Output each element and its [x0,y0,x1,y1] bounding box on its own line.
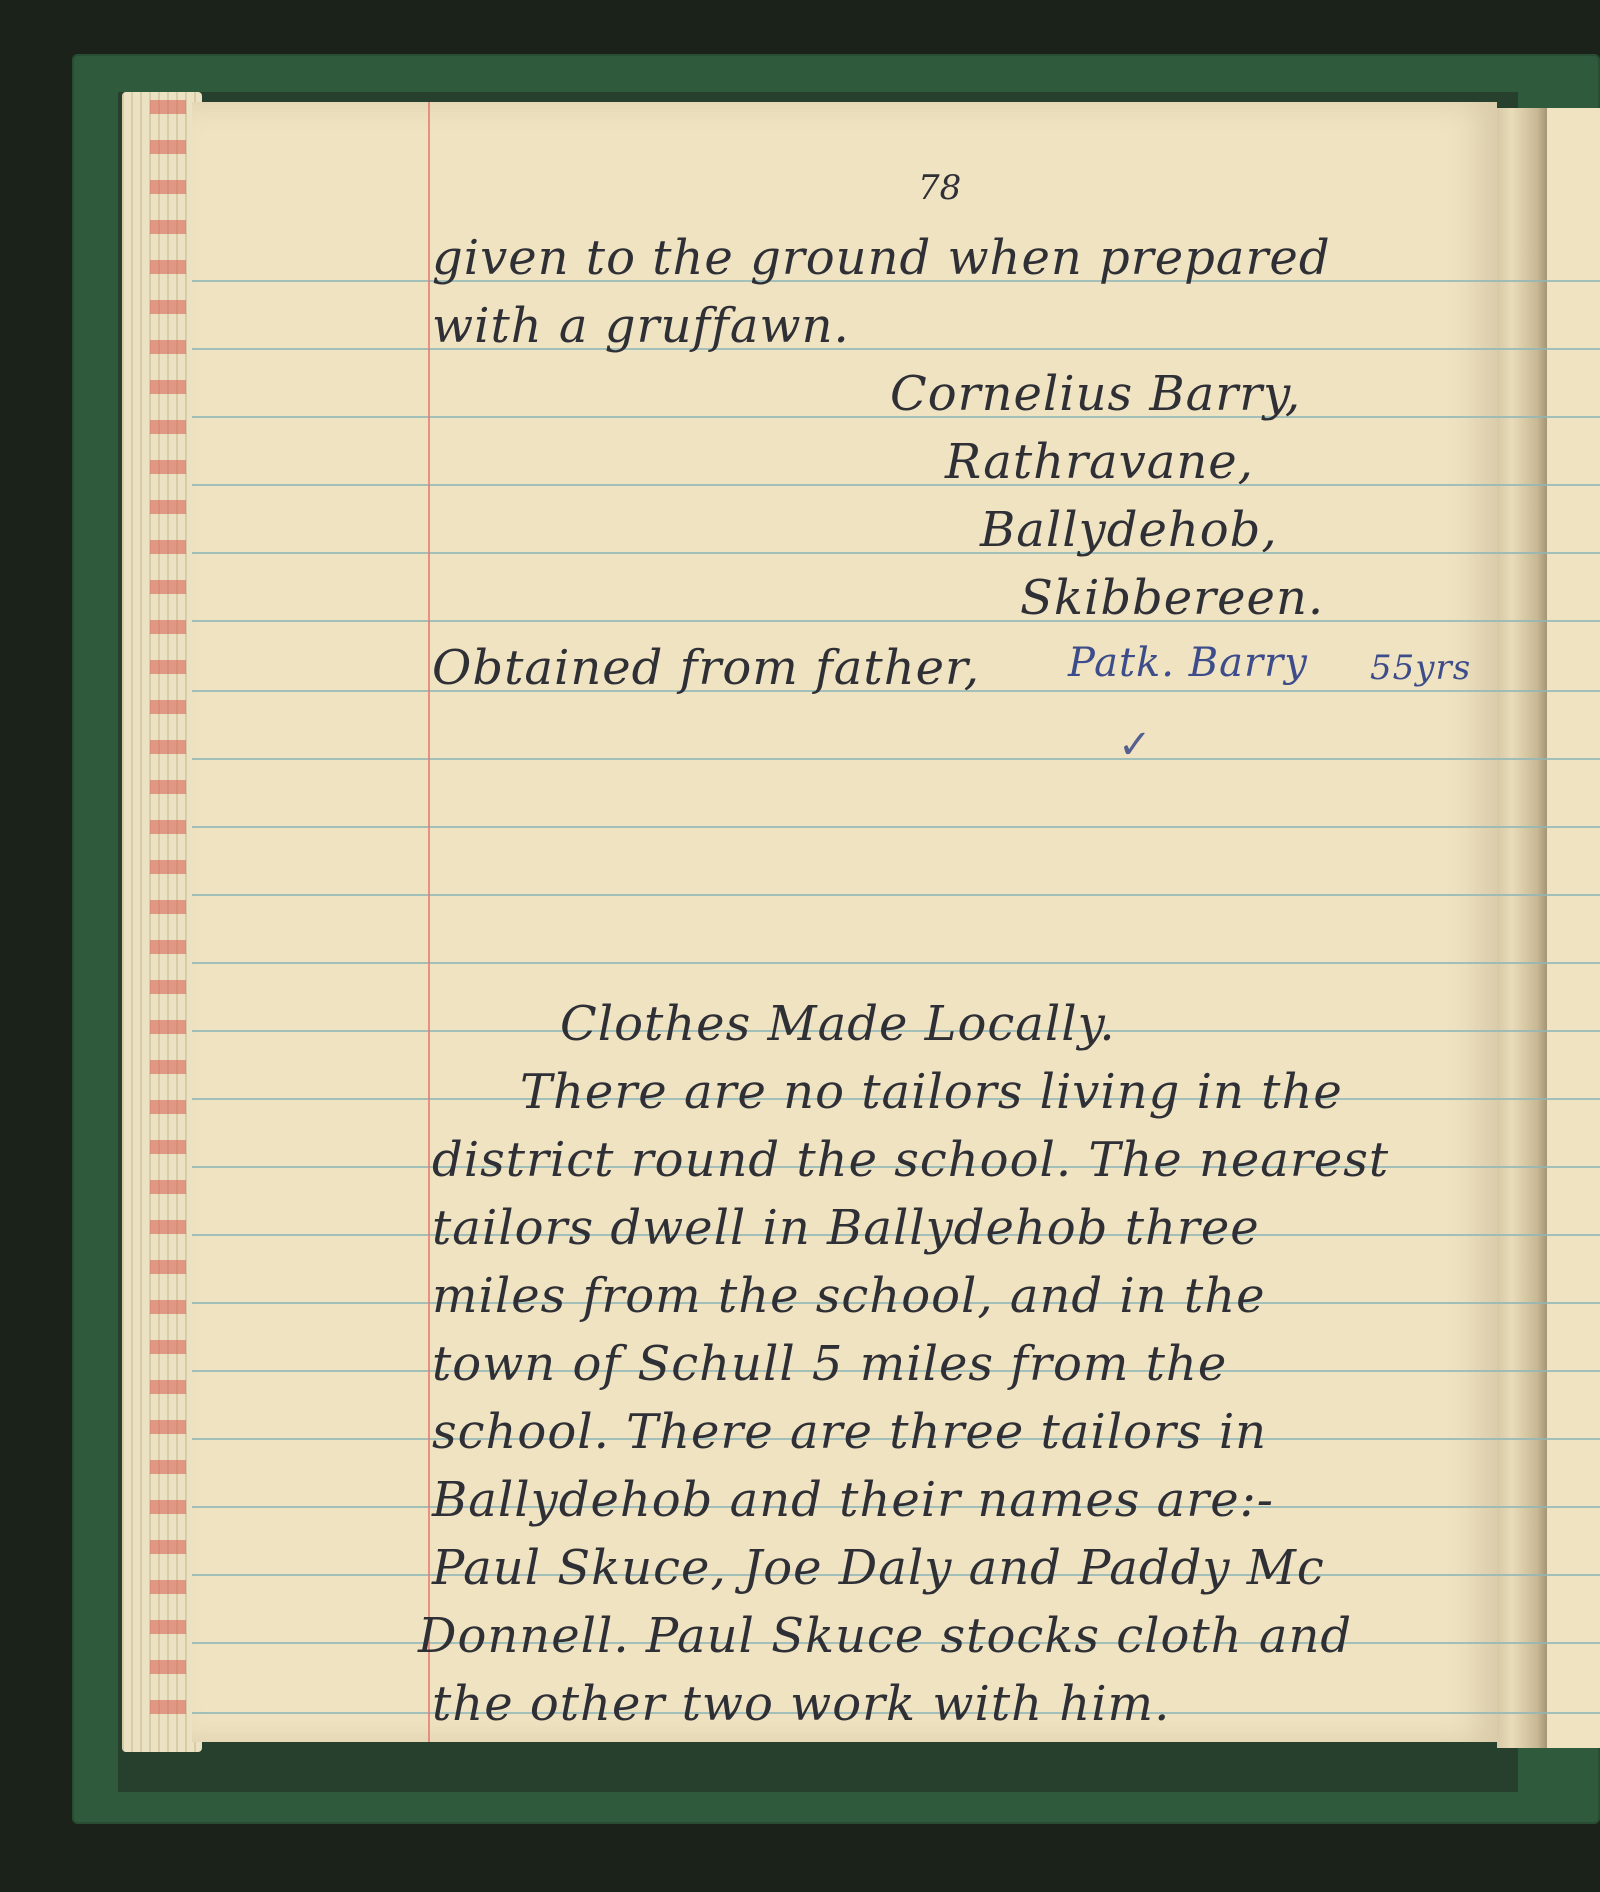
body-line: district round the school. The nearest [432,1132,1389,1188]
ruled-line [192,620,1600,622]
ruled-line [192,484,1600,486]
body-line: miles from the school, and in the [432,1268,1266,1324]
section-heading: Clothes Made Locally. [560,996,1116,1052]
page-number: 78 [918,168,961,208]
book-gutter [1497,108,1547,1748]
body-line: There are no tailors living in the [520,1064,1343,1120]
text-line: with a gruffawn. [432,298,850,354]
body-line: Paul Skuce, Joe Daly and Paddy Mc [432,1540,1325,1596]
check-mark-icon: ✓ [1118,722,1152,768]
source-label: Obtained from father, [432,640,980,696]
facing-page-edge [1547,108,1600,1748]
body-line: the other two work with him. [432,1676,1170,1732]
body-line: school. There are three tailors in [432,1404,1267,1460]
text-line: given to the ground when prepared [432,230,1331,286]
signature-address: Skibbereen. [1020,570,1324,626]
ruled-line [192,552,1600,554]
informant-name: Patk. Barry [1068,640,1308,686]
informant-age: 55yrs [1370,648,1471,688]
ruled-line [192,962,1600,964]
body-line: town of Schull 5 miles from the [432,1336,1227,1392]
margin-line [428,102,430,1742]
ruled-line [192,348,1600,350]
ruled-line [192,894,1600,896]
ruled-line [192,826,1600,828]
signature-address: Ballydehob, [980,502,1278,558]
page-stack-margin-marks [150,100,186,1740]
body-line: Donnell. Paul Skuce stocks cloth and [418,1608,1352,1664]
body-line: tailors dwell in Ballydehob three [432,1200,1260,1256]
signature-address: Rathravane, [945,434,1254,490]
ruled-line [192,758,1600,760]
body-line: Ballydehob and their names are:- [432,1472,1274,1528]
signature-name: Cornelius Barry, [890,366,1301,422]
